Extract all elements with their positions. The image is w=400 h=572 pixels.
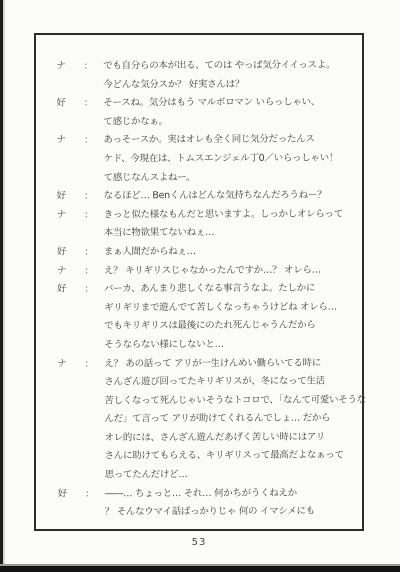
speaker-label: ナ xyxy=(57,206,85,225)
speaker-label: 好 xyxy=(57,243,85,262)
dialogue-text: 苦しくなって死んじゃいそうなトコロで、「なんて可愛いそうな xyxy=(104,391,366,411)
dialogue-text: 思ってたんだけど… xyxy=(105,466,364,485)
speaker-colon: : xyxy=(84,132,103,151)
dialogue-line: 苦しくなって死んじゃいそうなトコロで、「なんて可愛いそうな xyxy=(57,391,363,411)
speaker-colon: : xyxy=(85,262,104,281)
dialogue-line: んだ」て言って アリが助けてくれるんでしょ… だから xyxy=(57,410,363,430)
dialogue-text: て感じなんスよねー。 xyxy=(104,168,363,187)
dialogue-text: ？ そんなウマイ話ばっかりじゃ 何の イマシメにも xyxy=(105,503,364,522)
dialogue-text: きっと似た様なもんだと思いますよ。しっかしオレらって xyxy=(104,205,363,224)
dialogue-line: 好:そースね。気分はもう マルボロマン いらっしゃい、 xyxy=(56,94,362,114)
scan-edge-left-soft xyxy=(3,0,5,572)
dialogue-text: ギリギリまで遊んでて苦しくなっちゃうけどね オレら… xyxy=(104,298,363,317)
dialogue-block: ナ:でも自分らの本が出る、てのは やっぱ気分イイっスよ。今どんな気分スか？ 好実… xyxy=(56,56,364,522)
dialogue-text: オレ的には、さんざん遊んだあげく苦しい時にはアリ xyxy=(104,428,363,447)
dialogue-line: さんに助けてもらえる、キリギリスって最高だよなぁって xyxy=(58,447,364,467)
dialogue-line: 好:バーカ、あんまり悲しくなる事言うなよ。たしかに xyxy=(57,280,363,300)
dialogue-line: ナ:きっと似た様なもんだと思いますよ。しっかしオレらって xyxy=(57,205,363,225)
dialogue-text: ケド、今現在は、トムスエンジェル丁0／いらっしゃい！ xyxy=(104,149,363,168)
scan-edge-bottom xyxy=(0,566,400,572)
dialogue-text: ――… ちょっと… それ… 何かちがうくねえか xyxy=(105,484,364,503)
dialogue-text: 本当に物欲果てないねぇ… xyxy=(104,224,363,243)
dialogue-line: て感じかなぁ。 xyxy=(56,112,362,132)
dialogue-line: 好:まぁ人間だからねぇ… xyxy=(57,242,363,262)
dialogue-line: さんざん遊び回ってたキリギリスが、冬になって生活 xyxy=(57,373,363,393)
dialogue-text: 今どんな気分スか？ 好実さんは？ xyxy=(103,75,362,94)
dialogue-text: まぁ人間だからねぇ… xyxy=(104,242,363,261)
dialogue-line: オレ的には、さんざん遊んだあげく苦しい時にはアリ xyxy=(57,428,363,448)
dialogue-line: ナ:あっそースか。実はオレも全く同じ気分だったんス xyxy=(56,131,362,151)
speaker-colon: : xyxy=(85,355,104,374)
dialogue-text: え？ キリギリスじゃなかったんですか…？ オレら… xyxy=(104,261,363,280)
speaker-label: 好 xyxy=(57,281,85,300)
scanned-doujinshi-page: { "page": { "number": "53" }, "colors": … xyxy=(0,0,400,572)
dialogue-line: て感じなんスよねー。 xyxy=(57,168,363,188)
dialogue-text: て感じかなぁ。 xyxy=(103,112,362,131)
speaker-colon: : xyxy=(84,57,103,76)
dialogue-text: そうならない様にしないと… xyxy=(104,335,363,354)
dialogue-line: ナ:え？ キリギリスじゃなかったんですか…？ オレら… xyxy=(57,261,363,281)
speaker-colon: : xyxy=(85,206,104,225)
dialogue-text: バーカ、あんまり悲しくなる事言うなよ。たしかに xyxy=(104,280,363,299)
dialogue-text: でも自分らの本が出る、てのは やっぱ気分イイっスよ。 xyxy=(103,56,362,75)
speaker-colon: : xyxy=(84,95,103,114)
speaker-colon: : xyxy=(85,280,104,299)
speaker-label: 好 xyxy=(58,485,86,504)
speaker-label: ナ xyxy=(56,132,84,151)
speaker-colon: : xyxy=(85,188,104,207)
dialogue-text: え？ あの話って アリが一生けんめい働らいてる時に xyxy=(104,354,363,373)
speaker-colon: : xyxy=(85,243,104,262)
speaker-label: ナ xyxy=(57,262,85,281)
speaker-label: 好 xyxy=(57,188,85,207)
dialogue-text: でもキリギリスは最後にのたれ死んじゃうんだから xyxy=(104,317,363,336)
dialogue-text: んだ」て言って アリが助けてくれるんでしょ… だから xyxy=(104,410,363,429)
dialogue-line: ケド、今現在は、トムスエンジェル丁0／いらっしゃい！ xyxy=(57,149,363,169)
page-number: 53 xyxy=(34,537,364,548)
dialogue-line: でもキリギリスは最後にのたれ死んじゃうんだから xyxy=(57,317,363,337)
speaker-label: ナ xyxy=(56,57,84,76)
dialogue-line: 好:――… ちょっと… それ… 何かちがうくねえか xyxy=(58,484,364,504)
dialogue-line: ナ:でも自分らの本が出る、てのは やっぱ気分イイっスよ。 xyxy=(56,56,362,76)
dialogue-line: ナ:え？ あの話って アリが一生けんめい働らいてる時に xyxy=(57,354,363,374)
dialogue-line: ？ そんなウマイ話ばっかりじゃ 何の イマシメにも xyxy=(58,503,364,523)
dialogue-text: なるほど… Benくんはどんな気持ちなんだろうねー？ xyxy=(104,187,363,206)
dialogue-text: そースね。気分はもう マルボロマン いらっしゃい、 xyxy=(103,94,362,113)
dialogue-line: 好:なるほど… Benくんはどんな気持ちなんだろうねー？ xyxy=(57,187,363,207)
dialogue-line: そうならない様にしないと… xyxy=(57,335,363,355)
dialogue-text: あっそースか。実はオレも全く同じ気分だったんス xyxy=(103,131,362,150)
dialogue-line: 思ってたんだけど… xyxy=(58,466,364,486)
speaker-label: 好 xyxy=(56,95,84,114)
speaker-colon: : xyxy=(86,485,105,504)
dialogue-text: さんに助けてもらえる、キリギリスって最高だよなぁって xyxy=(105,447,364,466)
dialogue-line: 本当に物欲果てないねぇ… xyxy=(57,224,363,244)
dialogue-line: 今どんな気分スか？ 好実さんは？ xyxy=(56,75,362,95)
dialogue-text: さんざん遊び回ってたキリギリスが、冬になって生活 xyxy=(104,373,363,392)
speaker-label: ナ xyxy=(57,355,85,374)
dialogue-line: ギリギリまで遊んでて苦しくなっちゃうけどね オレら… xyxy=(57,298,363,318)
